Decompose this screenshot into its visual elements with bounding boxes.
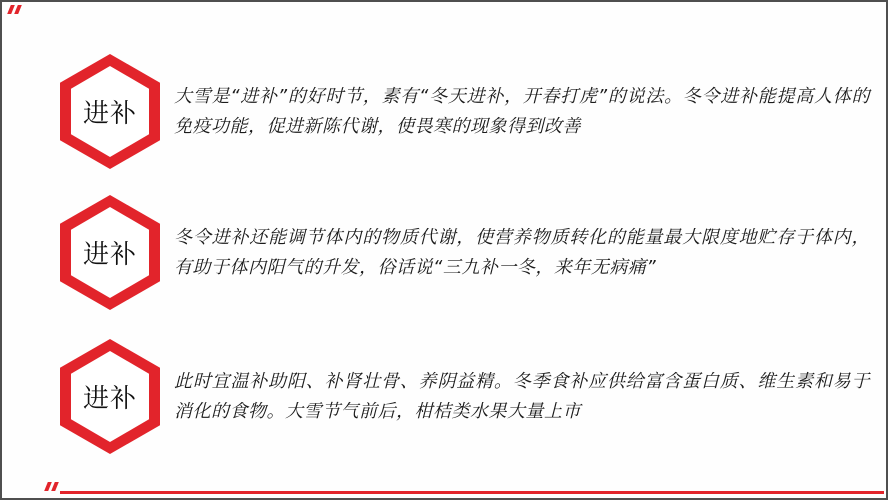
list-item: 进补 大雪是“进补”的好时节，素有“冬天进补，开春打虎”的说法。冬令进补能提高人… xyxy=(60,54,870,169)
hexagon-badge: 进补 xyxy=(60,195,160,310)
hexagon-badge-inner: 进补 xyxy=(71,351,149,442)
badge-label: 进补 xyxy=(83,234,137,271)
list-item: 进补 此时宜温补助阳、补肾壮骨、养阴益精。冬季食补应供给富含蛋白质、维生素和易于… xyxy=(60,339,870,454)
bottom-accent-line xyxy=(60,491,884,494)
hexagon-badge: 进补 xyxy=(60,54,160,169)
badge-label: 进补 xyxy=(83,378,137,415)
badge-label: 进补 xyxy=(83,93,137,130)
list-item: 进补 冬令进补还能调节体内的物质代谢，使营养物质转化的能量最大限度地贮存于体内，… xyxy=(60,195,870,310)
bottom-left-accent-icon xyxy=(46,482,57,491)
paragraph-text: 冬令进补还能调节体内的物质代谢，使营养物质转化的能量最大限度地贮存于体内，有助于… xyxy=(174,223,870,283)
content-rows: 进补 大雪是“进补”的好时节，素有“冬天进补，开春打虎”的说法。冬令进补能提高人… xyxy=(2,2,886,498)
hexagon-badge-inner: 进补 xyxy=(71,66,149,157)
paragraph-text: 大雪是“进补”的好时节，素有“冬天进补，开春打虎”的说法。冬令进补能提高人体的免… xyxy=(174,82,870,142)
presentation-slide: 进补 大雪是“进补”的好时节，素有“冬天进补，开春打虎”的说法。冬令进补能提高人… xyxy=(0,0,888,500)
hexagon-badge-inner: 进补 xyxy=(71,207,149,298)
paragraph-text: 此时宜温补助阳、补肾壮骨、养阴益精。冬季食补应供给富含蛋白质、维生素和易于消化的… xyxy=(174,367,870,427)
hexagon-badge: 进补 xyxy=(60,339,160,454)
